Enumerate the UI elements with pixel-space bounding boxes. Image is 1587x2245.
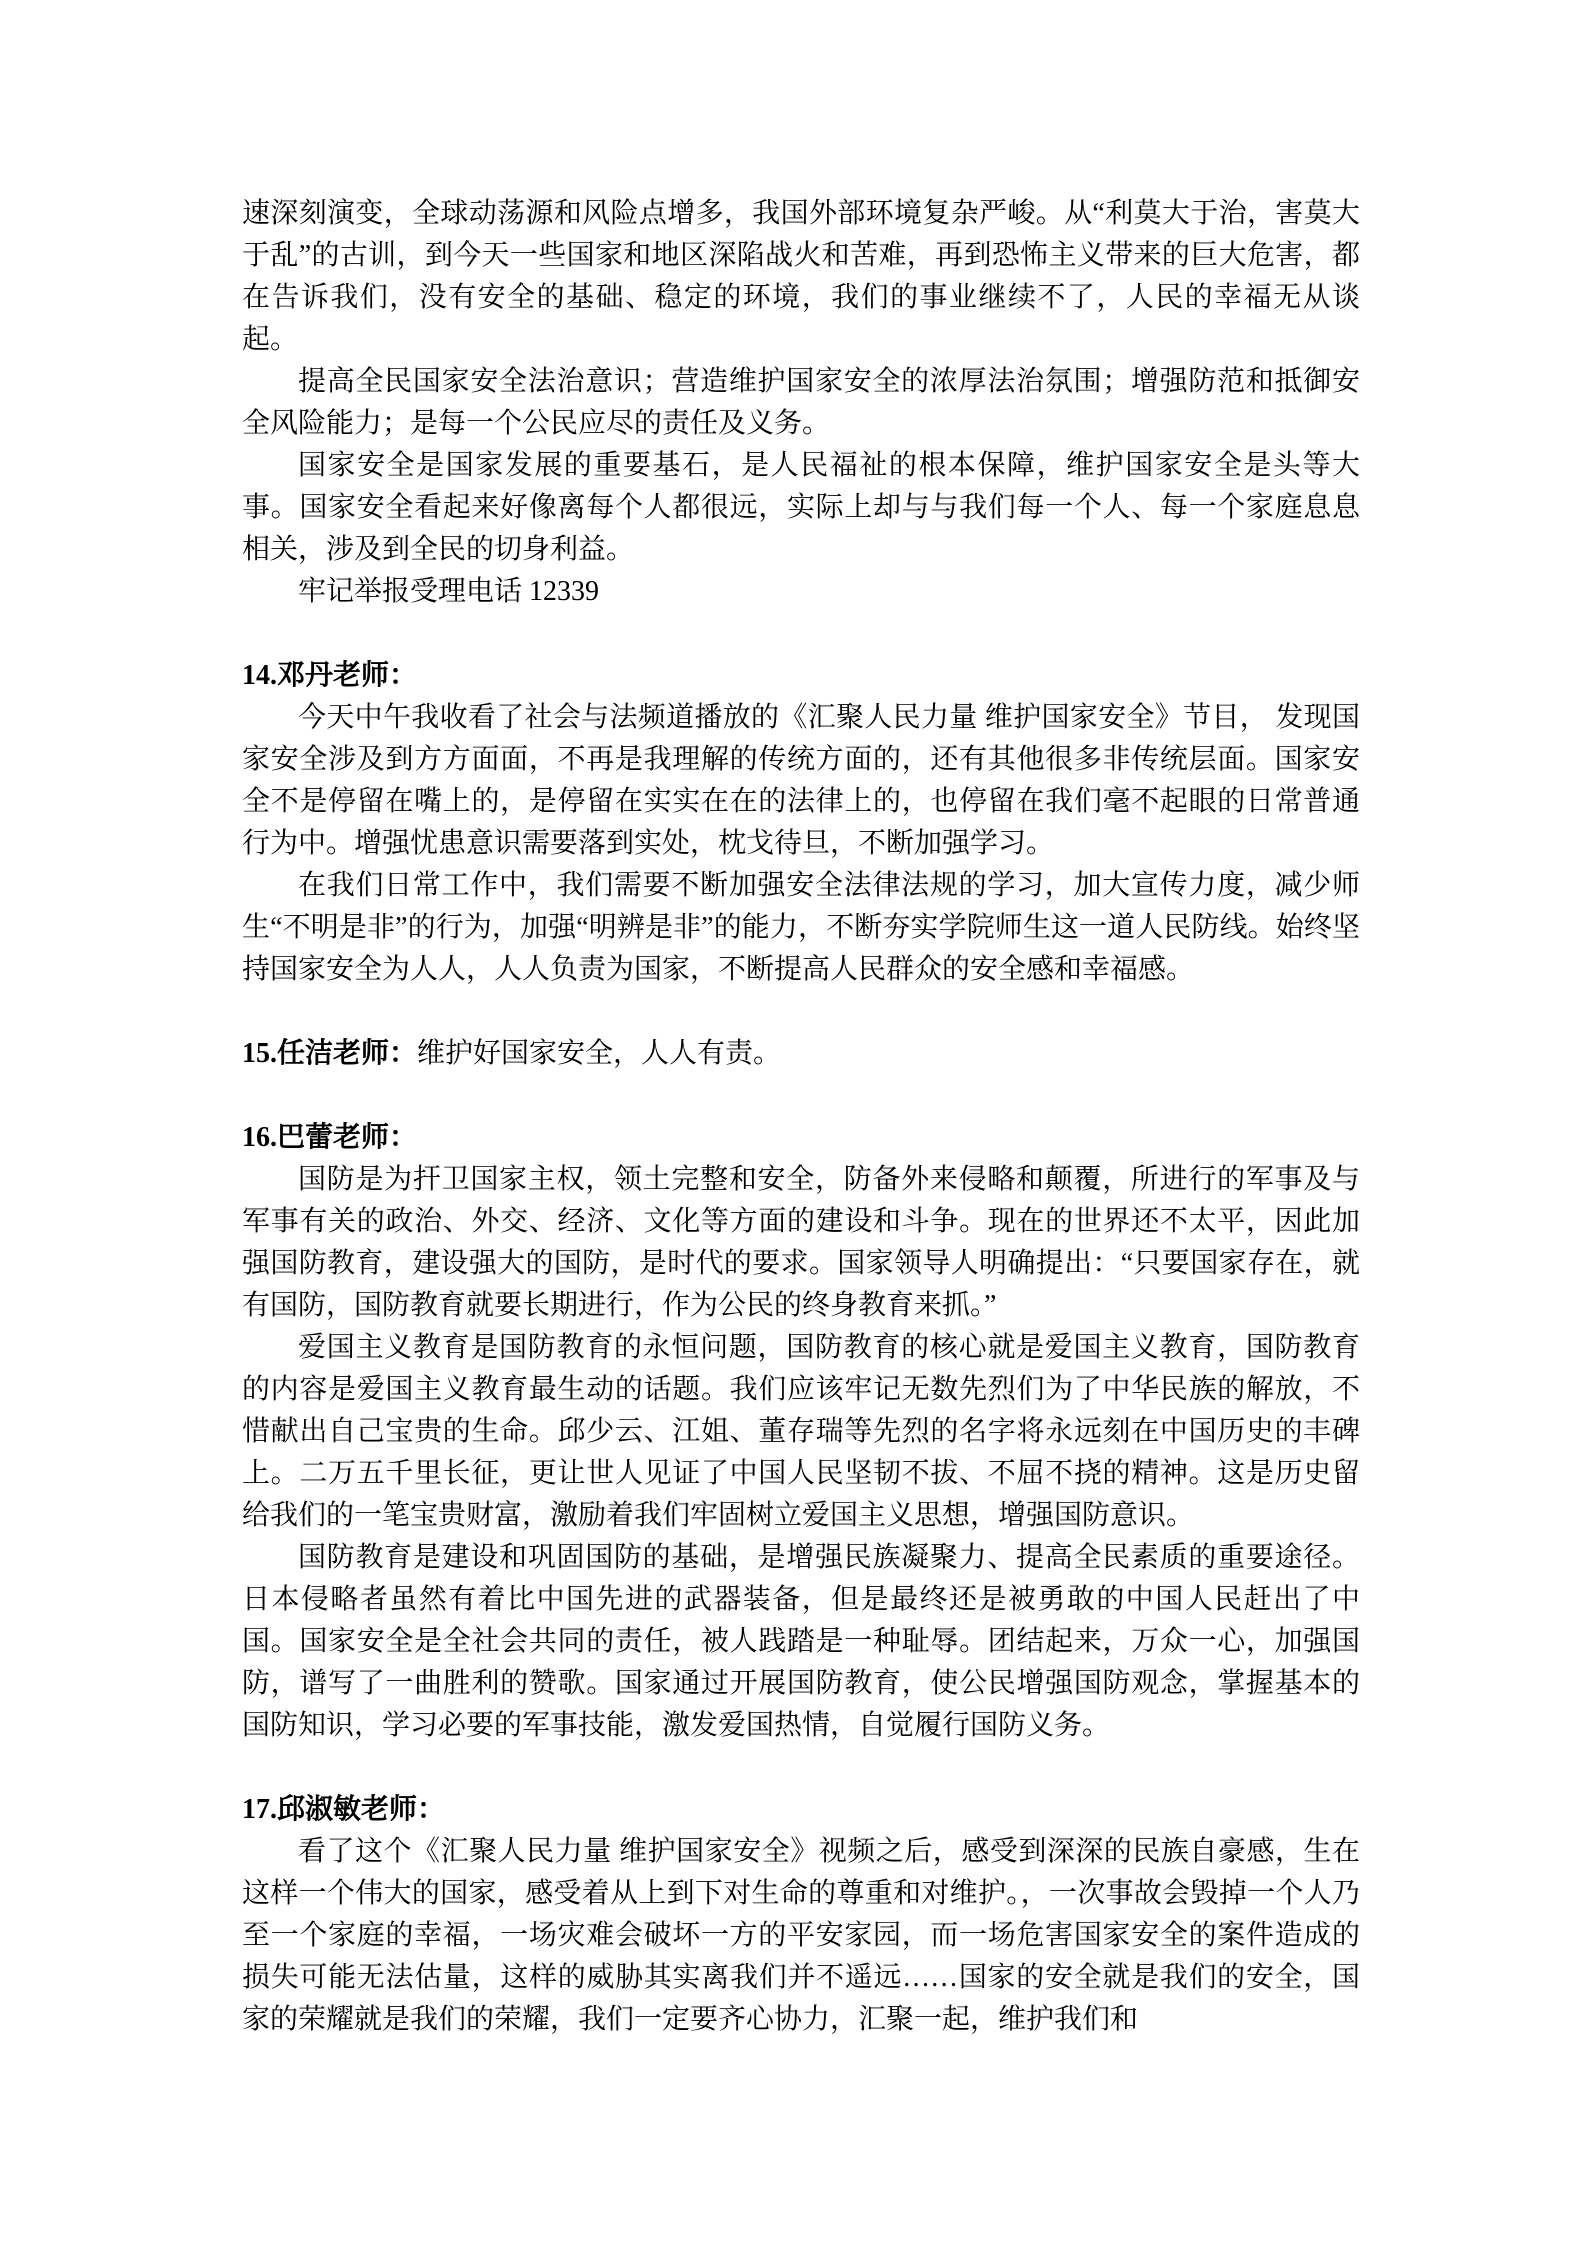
continuation-paragraph: 速深刻演变，全球动荡源和风险点增多，我国外部环境复杂严峻。从“利莫大于治，害莫大…: [242, 193, 1360, 361]
paragraph-legal-awareness: 提高全民国家安全法治意识；营造维护国家安全的浓厚法治氛围；增强防范和抵御安全风险…: [242, 361, 1360, 445]
section-14-paragraph-1: 今天中午我收看了社会与法频道播放的《汇聚人民力量 维护国家安全》节目， 发现国家…: [242, 697, 1360, 865]
section-16-paragraph-3: 国防教育是建设和巩固国防的基础，是增强民族凝聚力、提高全民素质的重要途径。日本侵…: [242, 1537, 1360, 1747]
section-16-paragraph-1: 国防是为扞卫国家主权，领土完整和安全，防备外来侵略和颠覆，所进行的军事及与军事有…: [242, 1159, 1360, 1327]
section-teacher-17: 17.邱淑敏老师： 看了这个《汇聚人民力量 维护国家安全》视频之后，感受到深深的…: [242, 1789, 1360, 2041]
section-15-inline-text: 维护好国家安全，人人有责。: [417, 1038, 781, 1069]
section-heading-14: 14.邓丹老师：: [242, 655, 1360, 697]
section-16-paragraph-2: 爱国主义教育是国防教育的永恒问题，国防教育的核心就是爱国主义教育，国防教育的内容…: [242, 1327, 1360, 1537]
section-teacher-14: 14.邓丹老师： 今天中午我收看了社会与法频道播放的《汇聚人民力量 维护国家安全…: [242, 655, 1360, 991]
document-page: 速深刻演变，全球动荡源和风险点增多，我国外部环境复杂严峻。从“利莫大于治，害莫大…: [0, 0, 1587, 2245]
section-teacher-15: 15.任洁老师：维护好国家安全，人人有责。: [242, 1033, 1360, 1075]
section-teacher-16: 16.巴蕾老师： 国防是为扞卫国家主权，领土完整和安全，防备外来侵略和颠覆，所进…: [242, 1117, 1360, 1747]
section-heading-16: 16.巴蕾老师：: [242, 1117, 1360, 1159]
section-15-line: 15.任洁老师：维护好国家安全，人人有责。: [242, 1033, 1360, 1075]
section-17-paragraph-1: 看了这个《汇聚人民力量 维护国家安全》视频之后，感受到深深的民族自豪感，生在这样…: [242, 1831, 1360, 2041]
section-heading-17: 17.邱淑敏老师：: [242, 1789, 1360, 1831]
section-heading-15: 15.任洁老师：: [242, 1038, 417, 1069]
paragraph-national-security-cornerstone: 国家安全是国家发展的重要基石，是人民福祉的根本保障，维护国家安全是头等大事。国家…: [242, 445, 1360, 571]
report-hotline-line: 牢记举报受理电话 12339: [242, 571, 1360, 613]
section-14-paragraph-2: 在我们日常工作中，我们需要不断加强安全法律法规的学习，加大宣传力度，减少师生“不…: [242, 865, 1360, 991]
